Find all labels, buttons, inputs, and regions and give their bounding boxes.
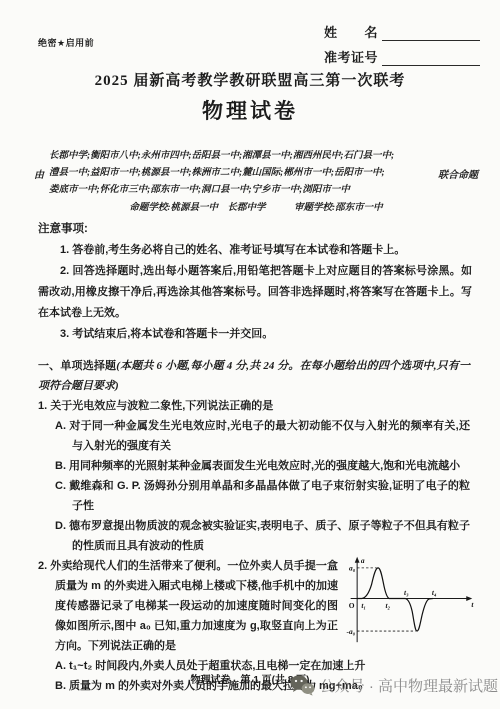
graph-neg-a0-label: -a₀ (347, 627, 356, 636)
by-label: 由 (34, 166, 44, 181)
school-list: 长郡中学;衡阳市八中;永州市四中;岳阳县一中;湘潭县一中;湘西州民中;石门县一中… (49, 148, 434, 199)
instructions-heading: 注意事项: (38, 219, 472, 240)
graph-x-axis-label: t (471, 600, 474, 609)
ticket-number-label: 准考证号 (324, 47, 378, 66)
question-1-option-d: D. 德布罗意提出物质波的观念被实验证实,表明电子、质子、原子等粒子不但具有粒子… (38, 516, 470, 556)
section-title: 一、单项选择题 (38, 360, 116, 372)
section-heading: 一、单项选择题(本题共 6 小题,每小题 4 分,共 24 分。在每小题给出的四… (38, 356, 470, 396)
ticket-number-field: 准考证号 (324, 41, 480, 66)
school-list-line: 娄底市一中;怀化市三中;邵东市一中;洞口县一中;宁乡市一中;浏阳市一中 (49, 182, 434, 199)
name-field: 姓 名 (324, 16, 480, 41)
instruction-item: 3. 考试结束后,将本试卷和答题卡一并交回。 (38, 324, 472, 345)
question-2-stem: a t O a₀ -a₀ t₁ t₂ t₃ t₄ 2. 外卖给现代人们的生活带来… (38, 556, 470, 656)
proposer-reviewer-line: 命题学校:桃源县一中 长郡中学 审题学校:邵东市一中 (34, 200, 478, 216)
school-list-line: 澧县一中;益阳市一中;桃源县一中;株洲市二中;麓山国际;郴州市一中;岳阳市一中; (49, 165, 434, 182)
candidate-info-block: 姓 名 准考证号 (324, 16, 480, 66)
graph-origin-label: O (349, 601, 355, 610)
school-list-line: 长郡中学;衡阳市八中;永州市四中;岳阳县一中;湘潭县一中;湘西州民中;石门县一中… (49, 148, 434, 165)
graph-a0-label: a₀ (349, 564, 356, 573)
joint-proposal-label: 联合命题 (438, 166, 478, 181)
wechat-logo-icon (289, 674, 315, 696)
instruction-item: 1. 答卷前,考生务必将自己的姓名、准考证号填写在本试卷和答题卡上。 (38, 240, 472, 261)
acceleration-time-graph: a t O a₀ -a₀ t₁ t₂ t₃ t₄ (346, 554, 476, 644)
graph-t2-label: t₂ (385, 601, 390, 610)
question-2-stem-text: 2. 外卖给现代人们的生活带来了便利。一位外卖人员手提一盒质量为 m 的外卖进入… (38, 560, 338, 652)
name-blank-line (382, 23, 480, 41)
question-1-option-c: C. 戴维森和 G. P. 汤姆孙分别用单晶和多晶晶体做了电子束衍射实验,证明了… (38, 476, 470, 516)
security-classification-label: 绝密★启用前 (38, 36, 94, 49)
question-1-option-b: B. 用同种频率的光照射某种金属表面发生光电效应时,光的强度越大,饱和光电流越小 (38, 456, 470, 476)
acceleration-curve (357, 568, 433, 631)
exam-title: 2025 届新高考教学教研联盟高三第一次联考 (0, 69, 500, 90)
y-axis-arrow (355, 557, 360, 563)
graph-y-axis-label: a (361, 556, 365, 565)
instruction-item: 2. 回答选择题时,选出每小题答案后,用铅笔把答题卡上对应题目的答案标号涂黑。如… (38, 261, 472, 324)
watermark: 公众号 · 高中物理最新试题 (289, 674, 498, 696)
name-field-label: 姓 名 (324, 22, 378, 41)
subject-title: 物理试卷 (0, 95, 500, 125)
ticket-blank-line (382, 48, 480, 66)
graph-t3-label: t₃ (404, 588, 409, 597)
proposing-schools-block: 由 长郡中学;衡阳市八中;永州市四中;岳阳县一中;湘潭县一中;湘西州民中;石门县… (34, 148, 478, 216)
graph-t4-label: t₄ (432, 588, 437, 597)
watermark-text: 公众号 · 高中物理最新试题 (320, 675, 498, 696)
question-1-stem: 1. 关于光电效应与波粒二象性,下列说法正确的是 (38, 396, 470, 416)
exam-paper-page: 绝密★启用前 姓 名 准考证号 2025 届新高考教学教研联盟高三第一次联考 物… (0, 0, 500, 709)
question-1-option-a: A. 对于同一种金属发生光电效应时,光电子的最大初动能不仅与入射光的频率有关,还… (38, 416, 470, 456)
questions-area: 一、单项选择题(本题共 6 小题,每小题 4 分,共 24 分。在每小题给出的四… (38, 356, 470, 696)
exam-instructions: 注意事项: 1. 答卷前,考生务必将自己的姓名、准考证号填写在本试卷和答题卡上。… (38, 219, 472, 345)
graph-t1-label: t₁ (361, 601, 366, 610)
